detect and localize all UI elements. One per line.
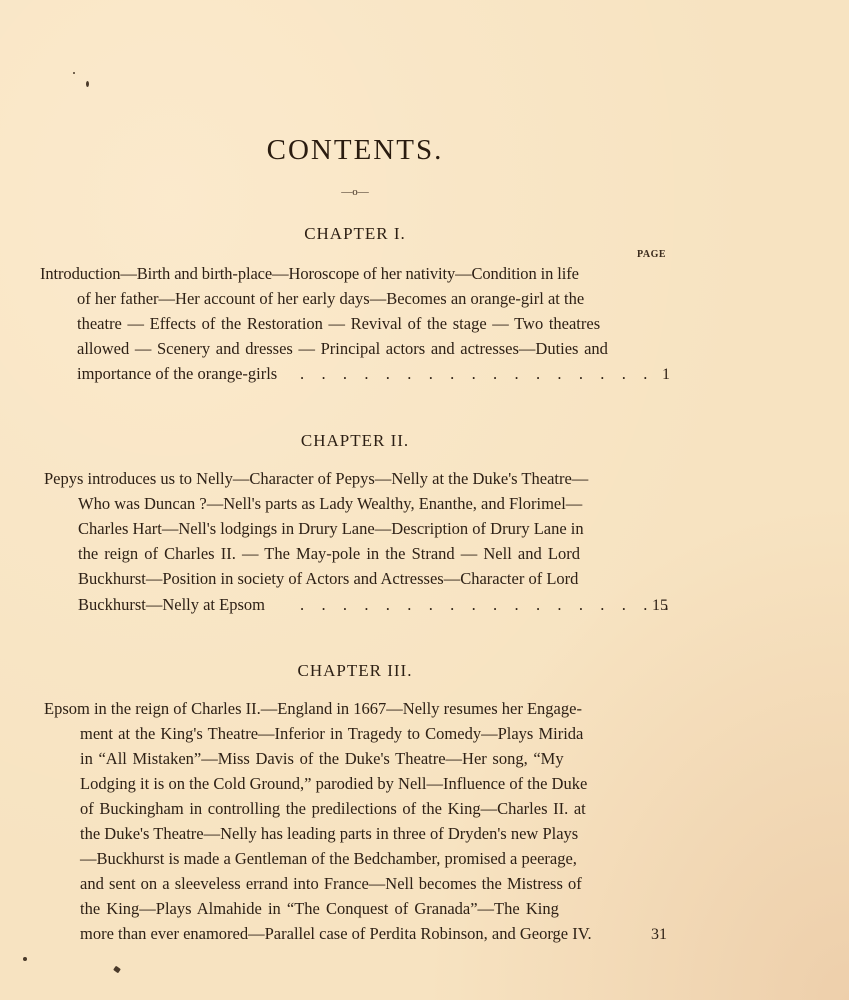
chapter-3-line: —Buckhurst is made a Gentleman of the Be… (80, 849, 577, 869)
chapter-3-line: and sent on a sleeveless errand into Fra… (80, 874, 582, 894)
chapter-2-line: Buckhurst—Nelly at Epsom (78, 595, 265, 615)
chapter-2-line: Pepys introduces us to Nelly—Character o… (44, 469, 588, 489)
chapter-1-line: of her father—Her account of her early d… (77, 289, 584, 309)
chapter-3-line: of Buckingham in controlling the predile… (80, 799, 586, 819)
chapter-3-heading: CHAPTER III. (0, 661, 710, 681)
paper-speck (73, 72, 75, 74)
chapter-2-line: Charles Hart—Nell's lodgings in Drury La… (78, 519, 584, 539)
chapter-1-line: theatre — Effects of the Restoration — R… (77, 314, 600, 334)
contents-page: CONTENTS. —o— CHAPTER I. PAGE Introducti… (0, 0, 849, 1000)
chapter-3-line: more than ever enamored—Parallel case of… (80, 924, 592, 944)
dot-leader: . . . . . . . . . . . . . . . . . (300, 364, 654, 384)
paper-speck (113, 966, 121, 974)
chapter-1-line: allowed — Scenery and dresses — Principa… (77, 339, 608, 359)
paper-speck (86, 81, 89, 87)
chapter-2-page-number: 15 (652, 597, 668, 615)
chapter-3-line: Lodging it is on the Cold Ground,” parod… (80, 774, 587, 794)
chapter-2-line: Buckhurst—Position in society of Actors … (78, 569, 578, 589)
chapter-3-page-number: 31 (651, 926, 667, 944)
page-column-label: PAGE (637, 249, 666, 260)
chapter-2-line: Who was Duncan ?—Nell's parts as Lady We… (78, 494, 582, 514)
chapter-3-line: ment at the King's Theatre—Inferior in T… (80, 724, 583, 744)
chapter-3-line: the King—Plays Almahide in “The Conquest… (80, 899, 559, 919)
chapter-1-page-number: 1 (662, 366, 670, 384)
chapter-1-line: Introduction—Birth and birth-place—Horos… (40, 264, 579, 284)
paper-speck (23, 957, 27, 961)
chapter-3-line: Epsom in the reign of Charles II.—Englan… (44, 699, 582, 719)
chapter-2-heading: CHAPTER II. (0, 431, 710, 451)
chapter-1-line: importance of the orange-girls (77, 364, 277, 384)
ornament-divider: —o— (0, 186, 710, 198)
dot-leader: . . . . . . . . . . . . . . . . . . (300, 595, 675, 615)
page-title: CONTENTS. (0, 134, 710, 167)
chapter-3-line: in “All Mistaken”—Miss Davis of the Duke… (80, 749, 564, 769)
chapter-1-heading: CHAPTER I. (0, 224, 710, 244)
chapter-2-line: the reign of Charles II. — The May-pole … (78, 544, 580, 564)
chapter-3-line: the Duke's Theatre—Nelly has leading par… (80, 824, 578, 844)
